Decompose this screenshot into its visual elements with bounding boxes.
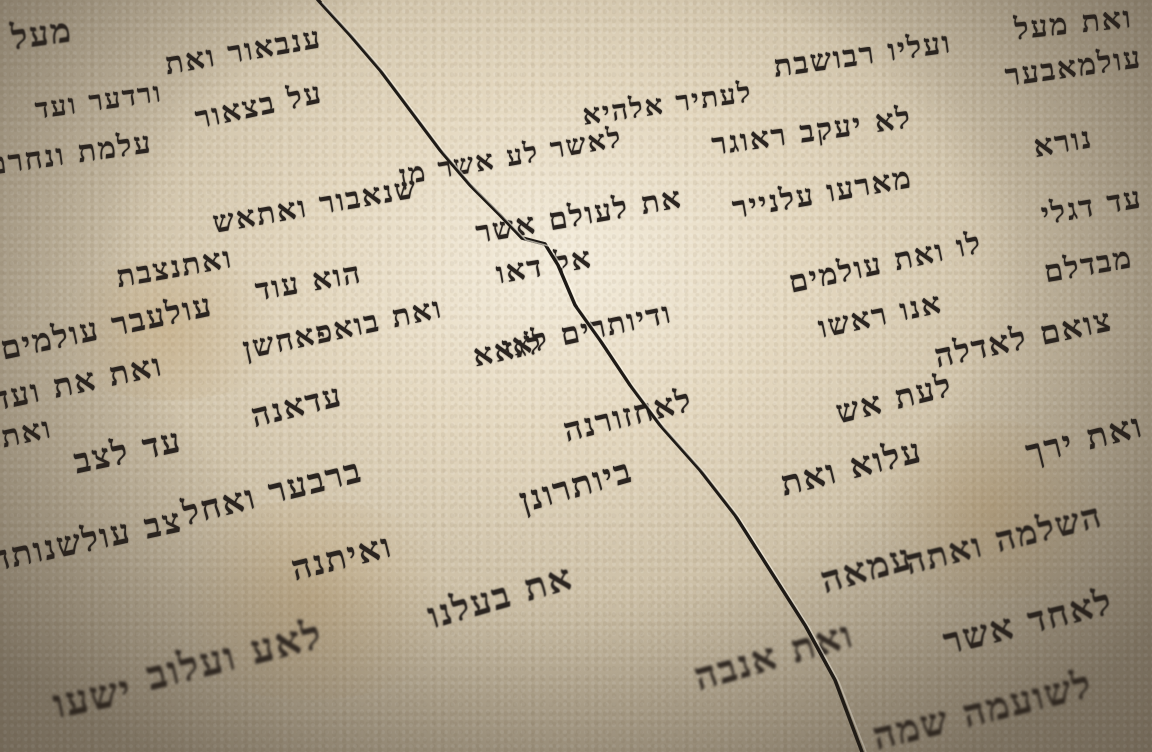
- scroll-photo: מעל ענבאור ואת ורדער ועד על בצאור עלמת ו…: [0, 0, 1152, 752]
- text-line: ורדער ועד: [33, 75, 165, 127]
- text-line: הוא עוד: [253, 255, 365, 308]
- text-line: ואת ירך: [1021, 406, 1147, 474]
- text-line: ישעו: [49, 666, 137, 729]
- text-line: השלמה ואתה: [901, 496, 1107, 584]
- text-line: עולמאבער: [1003, 40, 1144, 94]
- text-line: ודיותרים לאו: [499, 295, 675, 365]
- text-line: עלמת ונחרם: [0, 125, 154, 183]
- text-line: ענבאור ואת: [163, 20, 325, 82]
- text-line: צואם לאדלה: [931, 300, 1116, 375]
- text-line: את לעולם אשר: [473, 180, 685, 251]
- text-line: נורא: [1030, 120, 1095, 165]
- text-line: לאע ועלוב: [142, 611, 328, 700]
- text-line: ואתאש: [0, 410, 56, 464]
- text-line: מבדלם: [1041, 240, 1135, 290]
- text-line: אל דאו: [493, 240, 595, 291]
- text-line: שנאבור ואתאש: [210, 170, 420, 240]
- text-line: ואתנצבת: [113, 240, 235, 295]
- text-line: לעת אש: [832, 366, 957, 432]
- text-line: מארעו עלנייר: [730, 160, 915, 226]
- text-line: צב עולשנותה: [0, 500, 186, 580]
- text-line: על בצאור: [192, 75, 326, 136]
- text-line: עד לצב: [71, 420, 186, 482]
- text-line: לו ואת עולמים: [786, 225, 986, 300]
- text-line: אנו ראשו: [815, 285, 946, 345]
- text-line: לאחד אשר: [939, 581, 1117, 664]
- text-line: ביותרונן: [515, 451, 637, 521]
- text-line: ואת מעל: [1012, 0, 1133, 47]
- text-line: לאשר לע אשר מן: [396, 120, 625, 193]
- text-line: ואיתנה: [287, 526, 396, 590]
- text-line: ועליו רבושבת: [772, 25, 955, 85]
- text-line: את בעלנו: [423, 556, 578, 637]
- text-line: ואת אנבה: [689, 611, 859, 700]
- text-line: מעל: [9, 10, 75, 58]
- text-line: עלוא ואת: [777, 431, 927, 505]
- text-line: עדאנה: [247, 376, 346, 435]
- text-line: לאחזורנה: [559, 381, 696, 450]
- text-line: עמאה: [816, 536, 917, 602]
- text-line: עד דגלי: [1038, 180, 1145, 232]
- text-line: לשועמה שמה: [868, 661, 1097, 752]
- text-line: ברבער ואחל: [179, 451, 367, 534]
